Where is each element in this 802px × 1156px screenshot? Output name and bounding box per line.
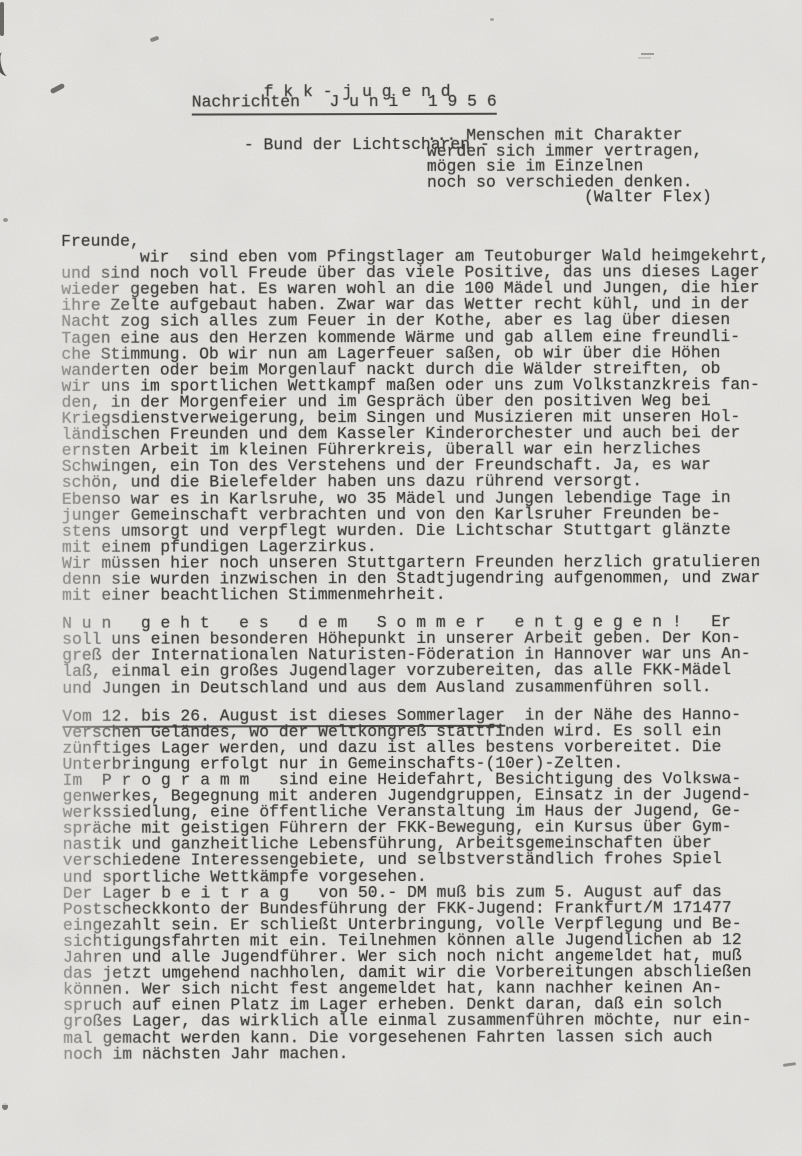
text-line: noch im nächsten Jahr machen. (63, 1045, 793, 1063)
document-sheet: f k k - j u g e n d - Bund der Lichtscha… (0, 0, 802, 1156)
text-line: und Jungen in Deutschland und aus dem Au… (62, 679, 792, 697)
paragraph: Vom 12. bis 26. August ist dieses Sommer… (62, 707, 793, 1063)
quote-block: ... Menschen mit Charakter werden sich i… (427, 127, 712, 206)
text-line: mit einer beachtlichen Stimmenmehrheit. (62, 586, 792, 604)
paragraph: Freunde, wir sind eben vom Pfingstlager … (61, 232, 792, 604)
body-text: Freunde, wir sind eben vom Pfingstlager … (61, 232, 793, 1063)
scanned-document-page: { "colors": { "paper": "#e6e5e2", "ink":… (0, 0, 802, 1156)
quote-attribution: (Walter Flex) (427, 190, 712, 206)
issue-title: Nachrichten J u n i 1 9 5 6 (192, 94, 497, 116)
paragraph: N u n g e h t e s d e m S o m m e r e n … (62, 614, 792, 696)
